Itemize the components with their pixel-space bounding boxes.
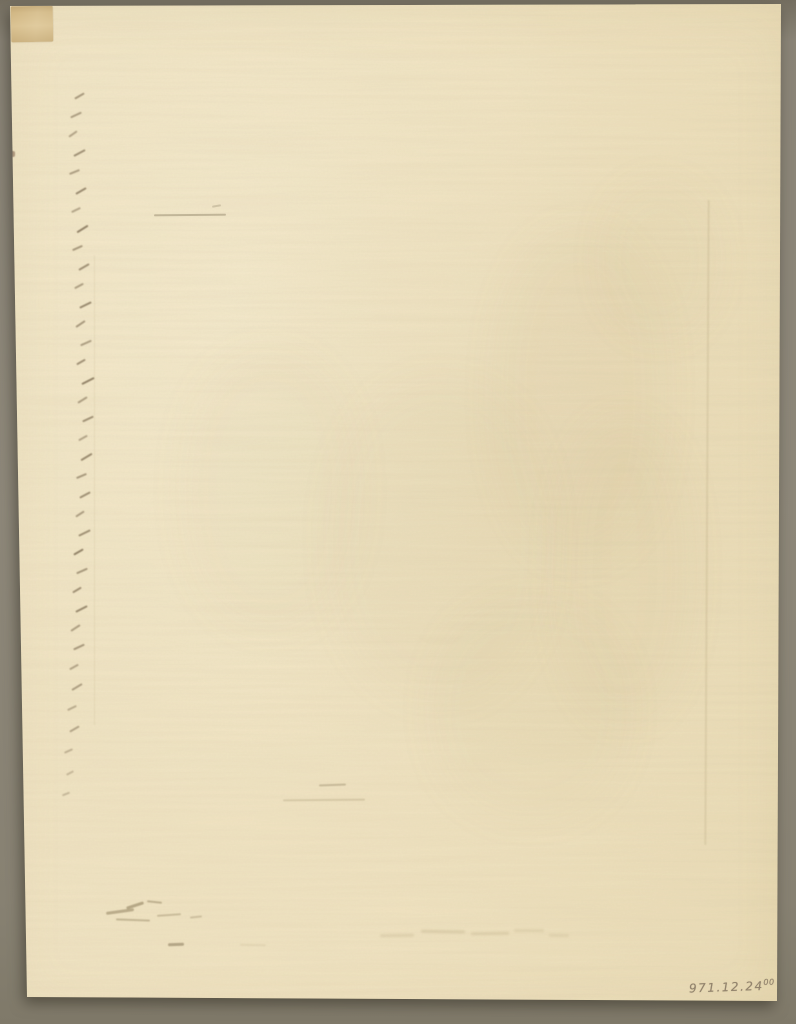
mark-smudge-6 <box>240 944 266 946</box>
show-through-blob <box>600 180 720 340</box>
mark-smudge-2 <box>421 930 465 934</box>
mark-scribble-2 <box>126 901 144 909</box>
mark-scratch-tick <box>212 204 221 207</box>
mark-smudge-4 <box>514 929 544 932</box>
mark-scribble-1 <box>106 908 134 914</box>
mark-scratch-line <box>154 214 226 217</box>
mark-smudge-5 <box>549 934 569 937</box>
mark-smudge-1 <box>380 934 414 938</box>
stitch-mark <box>79 301 92 308</box>
show-through-blob <box>180 350 360 630</box>
stitch-mark <box>71 683 82 691</box>
stitch-mark <box>69 169 80 175</box>
tape-patch <box>11 6 54 43</box>
stitch-mark <box>74 283 84 289</box>
mark-scribble-3 <box>147 900 162 904</box>
stitch-mark <box>73 548 84 555</box>
mark-plate-line-left <box>94 255 95 725</box>
stitch-mark <box>70 624 80 632</box>
stitch-mark <box>69 725 80 732</box>
accession-number-main: 971.12.24 <box>689 979 764 996</box>
mark-scribble-4 <box>116 918 150 921</box>
stitch-mark <box>80 340 92 347</box>
stitch-mark <box>78 435 88 442</box>
mark-edge-speck <box>10 151 15 157</box>
accession-number-inscription: 971.12.2400 <box>689 978 775 996</box>
stitch-mark <box>73 644 85 651</box>
paper-sheet-verso: 971.12.2400 <box>0 0 796 1024</box>
stitch-mark <box>77 396 87 404</box>
stitch-mark <box>75 605 87 613</box>
photo-backdrop: 971.12.2400 <box>0 0 796 1024</box>
stitch-mark <box>80 453 92 461</box>
stitch-mark <box>64 748 73 753</box>
stitch-mark <box>62 792 70 797</box>
stitch-mark <box>67 705 77 711</box>
mark-scribble-6 <box>190 915 202 918</box>
stitch-mark <box>76 359 86 366</box>
mark-scribble-dash <box>168 943 184 946</box>
mark-scribble-5 <box>157 913 181 917</box>
stitch-mark <box>76 225 88 234</box>
stitch-mark <box>79 491 91 498</box>
stitch-mark <box>75 510 84 517</box>
stitch-mark <box>82 416 94 423</box>
stitch-mark <box>68 130 77 137</box>
stitch-mark <box>72 587 82 594</box>
stitch-mark <box>72 245 83 251</box>
stitch-mark <box>75 320 85 328</box>
mark-mid-dash <box>319 784 346 787</box>
stitch-mark <box>76 473 87 479</box>
mark-mid-streak <box>283 799 365 801</box>
stitch-mark <box>75 187 86 195</box>
stitch-mark <box>78 263 89 271</box>
mark-smudge-3 <box>471 932 509 936</box>
paper-sheet-shadow: 971.12.2400 <box>0 0 796 1024</box>
stitch-mark <box>69 664 79 671</box>
stitch-mark <box>66 770 74 776</box>
show-through-blob <box>430 600 630 820</box>
stitch-mark <box>78 529 91 536</box>
stitch-mark <box>74 92 85 99</box>
stitch-mark <box>76 568 88 575</box>
stitch-mark <box>70 112 82 119</box>
accession-number-superscript: 00 <box>763 978 774 987</box>
stitch-mark <box>73 149 85 157</box>
stitch-mark <box>81 377 94 385</box>
stitch-mark <box>71 207 81 213</box>
